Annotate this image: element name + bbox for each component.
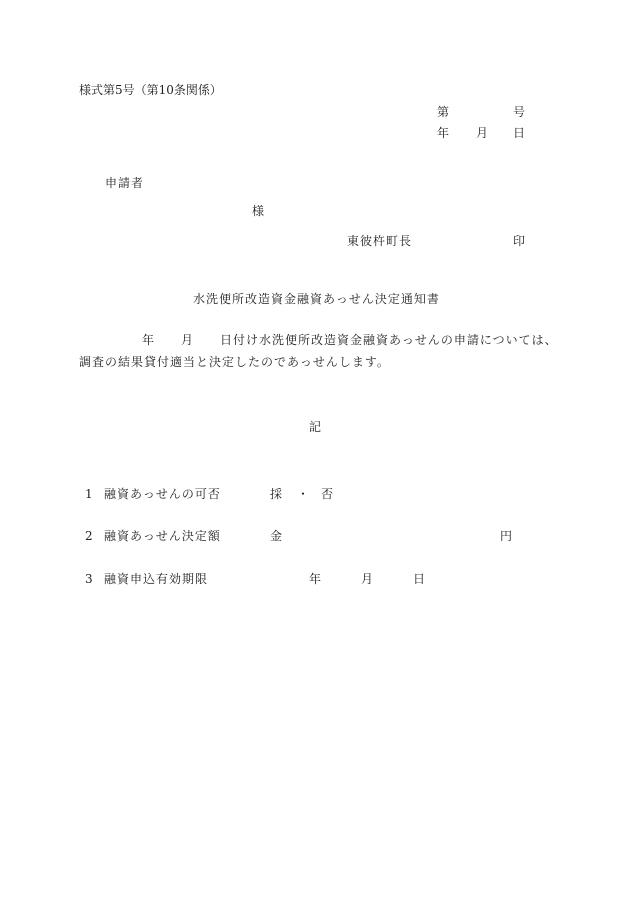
doc-date-month: 月 [476, 126, 488, 140]
ki-heading: 記 [309, 420, 321, 434]
item-label: 融資あっせん決定額 [104, 529, 221, 543]
item-number: 3 [85, 572, 93, 586]
option-separator: ・ [297, 487, 309, 501]
reject-option: 否 [321, 487, 333, 501]
applicant-label: 申請者 [105, 176, 144, 190]
honorific: 様 [252, 204, 264, 218]
item-number: 1 [85, 487, 93, 501]
deadline-month: 月 [361, 572, 373, 586]
body-line2: 調査の結果貸付適当と決定したのであっせんします。 [79, 355, 390, 369]
body-month: 月 [181, 333, 193, 347]
doc-date-year: 年 [437, 126, 449, 140]
item-number: 2 [85, 529, 93, 543]
amount-prefix: 金 [270, 529, 282, 543]
deadline-year: 年 [309, 572, 321, 586]
amount-suffix: 円 [500, 529, 512, 543]
body-line1: 日付け水洗便所改造資金融資あっせんの申請については、 [220, 333, 558, 347]
issuer-name: 東彼杵町長 [347, 234, 412, 248]
item-label: 融資申込有効期限 [104, 572, 208, 586]
doc-number-prefix: 第 [437, 105, 449, 119]
seal-mark: 印 [513, 234, 525, 248]
doc-date-day: 日 [513, 126, 525, 140]
document-title: 水洗便所改造資金融資あっせん決定通知書 [193, 292, 440, 306]
doc-number-suffix: 号 [513, 105, 525, 119]
approve-option: 採 [270, 487, 282, 501]
form-label: 様式第5号（第10条関係） [79, 83, 222, 97]
body-year: 年 [142, 333, 154, 347]
item-label: 融資あっせんの可否 [104, 487, 221, 501]
deadline-day: 日 [413, 572, 425, 586]
